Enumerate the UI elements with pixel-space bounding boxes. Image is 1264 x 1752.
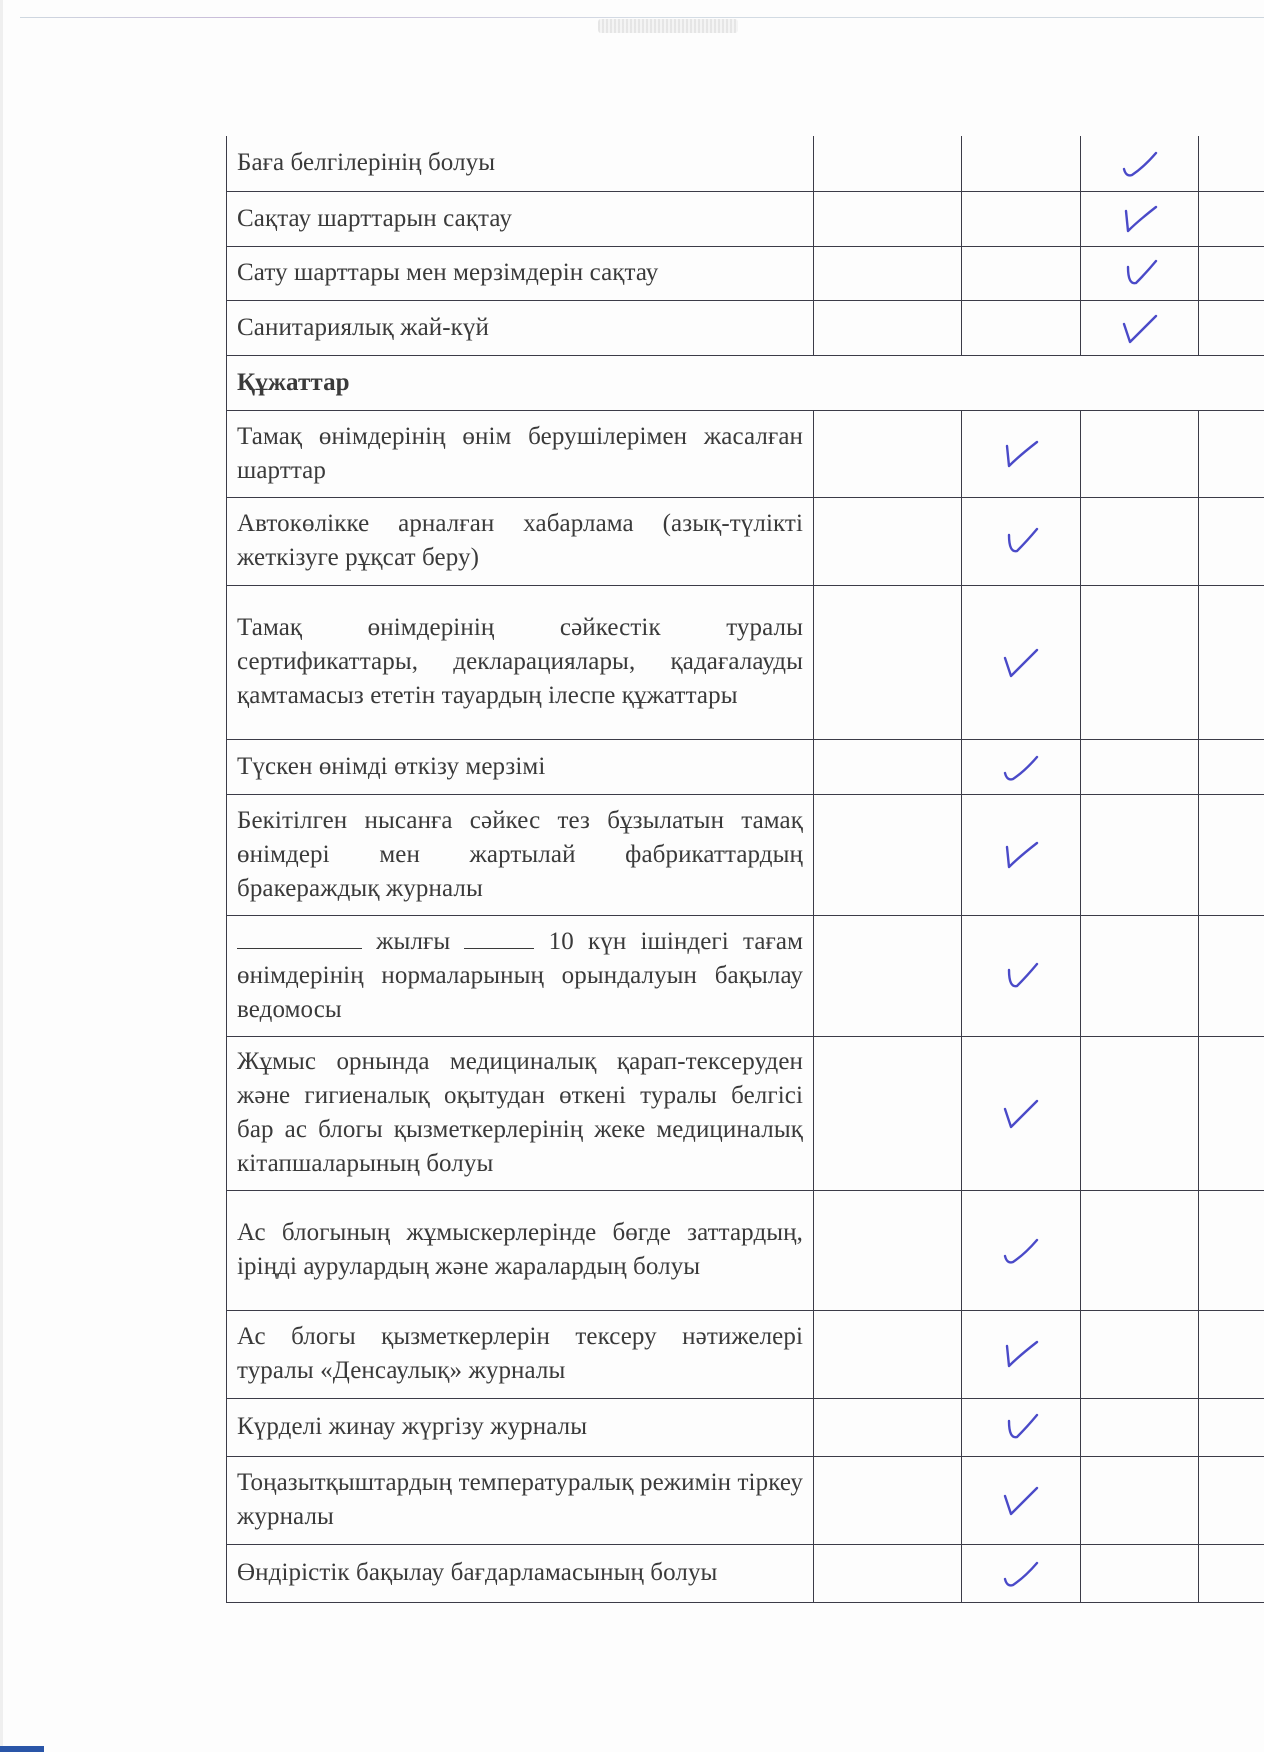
item-label: Өндірістік бақылау бағдарламасының болуы (227, 1544, 814, 1602)
checkmark-icon (997, 523, 1045, 559)
mark-cell-3[interactable] (1081, 794, 1199, 915)
table-row: Күрделі жинау жүргізу журналы (227, 1398, 1264, 1456)
mark-cell-1[interactable] (814, 136, 962, 191)
checkmark-icon (997, 1232, 1045, 1268)
mark-cell-1[interactable] (814, 410, 962, 497)
checklist-body: Баға белгілерінің болуы Сақтау шарттарын… (227, 136, 1264, 1602)
item-label: Сақтау шарттарын сақтау (227, 191, 814, 246)
table-row: Тамақ өнімдерінің өнім берушілерімен жас… (227, 410, 1264, 497)
checkmark-icon (1116, 255, 1164, 291)
table-row: Сату шарттары мен мерзімдерін сақтау (227, 246, 1264, 300)
table-row: Ас блогының жұмыскерлерінде бөгде заттар… (227, 1190, 1264, 1310)
mark-cell-2[interactable] (962, 300, 1081, 355)
mark-cell-3[interactable] (1081, 136, 1199, 191)
mark-cell-1[interactable] (814, 1036, 962, 1190)
mark-cell-3[interactable] (1081, 1544, 1199, 1602)
checkmark-icon (997, 644, 1045, 680)
mark-cell-4[interactable] (1199, 1456, 1264, 1544)
mark-cell-3[interactable] (1081, 1190, 1199, 1310)
mark-cell-4[interactable] (1199, 1544, 1264, 1602)
checkmark-icon (997, 749, 1045, 785)
mark-cell-3[interactable] (1081, 191, 1199, 246)
table-row: Санитариялық жай-күй (227, 300, 1264, 355)
table-row: Автокөлікке арналған хабарлама (азық-түл… (227, 497, 1264, 585)
table-row: Баға белгілерінің болуы (227, 136, 1264, 191)
section-title: Құжаттар (227, 355, 1264, 410)
table-row: Ас блогы қызметкерлерін тексеру нәтижеле… (227, 1310, 1264, 1398)
checkmark-icon (997, 1482, 1045, 1518)
mark-cell-2[interactable] (962, 915, 1081, 1036)
table-row: Тамақ өнімдерінің сәйкестік туралы серти… (227, 585, 1264, 739)
mark-cell-2[interactable] (962, 136, 1081, 191)
mark-cell-3[interactable] (1081, 497, 1199, 585)
checkmark-icon (1116, 310, 1164, 346)
mark-cell-4[interactable] (1199, 246, 1264, 300)
scan-edge-shadow (0, 0, 3, 1752)
table-row: жылғы 10 күн ішіндегі тағам өнімдерінің … (227, 915, 1264, 1036)
mark-cell-4[interactable] (1199, 410, 1264, 497)
mark-cell-1[interactable] (814, 794, 962, 915)
mark-cell-3[interactable] (1081, 1036, 1199, 1190)
mark-cell-3[interactable] (1081, 1456, 1199, 1544)
item-label: Түскен өнімді өткізу мерзімі (227, 739, 814, 794)
mark-cell-3[interactable] (1081, 1310, 1199, 1398)
scan-artifact-line (20, 17, 1264, 18)
mark-cell-1[interactable] (814, 739, 962, 794)
table-row: Сақтау шарттарын сақтау (227, 191, 1264, 246)
mark-cell-1[interactable] (814, 246, 962, 300)
mark-cell-2[interactable] (962, 585, 1081, 739)
item-label: Сату шарттары мен мерзімдерін сақтау (227, 246, 814, 300)
mark-cell-2[interactable] (962, 1310, 1081, 1398)
mark-cell-4[interactable] (1199, 497, 1264, 585)
checklist-table: Баға белгілерінің болуы Сақтау шарттарын… (226, 136, 1264, 1603)
item-label: Тамақ өнімдерінің өнім берушілерімен жас… (227, 410, 814, 497)
mark-cell-4[interactable] (1199, 794, 1264, 915)
mark-cell-2[interactable] (962, 410, 1081, 497)
mark-cell-2[interactable] (962, 1456, 1081, 1544)
checkmark-icon (1116, 201, 1164, 237)
checkmark-icon (997, 436, 1045, 472)
table-row: Бекітілген нысанға сәйкес тез бұзылатын … (227, 794, 1264, 915)
mark-cell-3[interactable] (1081, 585, 1199, 739)
mark-cell-4[interactable] (1199, 585, 1264, 739)
mark-cell-3[interactable] (1081, 410, 1199, 497)
mark-cell-2[interactable] (962, 1398, 1081, 1456)
mark-cell-4[interactable] (1199, 191, 1264, 246)
mark-cell-4[interactable] (1199, 1190, 1264, 1310)
scan-artifact-corner (0, 1746, 44, 1752)
item-label: Санитариялық жай-күй (227, 300, 814, 355)
item-label: Автокөлікке арналған хабарлама (азық-түл… (227, 497, 814, 585)
item-label: Баға белгілерінің болуы (227, 136, 814, 191)
checkmark-icon (997, 1095, 1045, 1131)
checkmark-icon (997, 837, 1045, 873)
checkmark-icon (997, 1336, 1045, 1372)
table-row: Түскен өнімді өткізу мерзімі (227, 739, 1264, 794)
mark-cell-1[interactable] (814, 1310, 962, 1398)
mark-cell-3[interactable] (1081, 246, 1199, 300)
mark-cell-3[interactable] (1081, 1398, 1199, 1456)
mark-cell-3[interactable] (1081, 300, 1199, 355)
mark-cell-2[interactable] (962, 739, 1081, 794)
item-label: Ас блогы қызметкерлерін тексеру нәтижеле… (227, 1310, 814, 1398)
checkmark-icon (1116, 145, 1164, 181)
mark-cell-1[interactable] (814, 300, 962, 355)
mark-cell-2[interactable] (962, 1544, 1081, 1602)
mark-cell-4[interactable] (1199, 915, 1264, 1036)
mark-cell-1[interactable] (814, 915, 962, 1036)
item-label: Тоңазытқыштардың температуралық режимін … (227, 1456, 814, 1544)
mark-cell-2[interactable] (962, 1190, 1081, 1310)
mark-cell-2[interactable] (962, 191, 1081, 246)
checkmark-icon (997, 1409, 1045, 1445)
item-label: Жұмыс орнында медициналық қарап-тексеруд… (227, 1036, 814, 1190)
table-row: Тоңазытқыштардың температуралық режимін … (227, 1456, 1264, 1544)
mark-cell-2[interactable] (962, 246, 1081, 300)
mark-cell-3[interactable] (1081, 739, 1199, 794)
mark-cell-2[interactable] (962, 794, 1081, 915)
mark-cell-1[interactable] (814, 1544, 962, 1602)
year-blank-field[interactable] (237, 926, 362, 949)
checkmark-icon (997, 1555, 1045, 1591)
mark-cell-1[interactable] (814, 1398, 962, 1456)
checkmark-icon (997, 958, 1045, 994)
mark-cell-4[interactable] (1199, 300, 1264, 355)
item-label: Ас блогының жұмыскерлерінде бөгде заттар… (227, 1190, 814, 1310)
item-label: Бекітілген нысанға сәйкес тез бұзылатын … (227, 794, 814, 915)
item-label-with-blanks: жылғы 10 күн ішіндегі тағам өнімдерінің … (227, 915, 814, 1036)
mark-cell-2[interactable] (962, 1036, 1081, 1190)
mark-cell-1[interactable] (814, 1190, 962, 1310)
item-label: Күрделі жинау жүргізу журналы (227, 1398, 814, 1456)
mark-cell-2[interactable] (962, 497, 1081, 585)
table-row: Жұмыс орнында медициналық қарап-тексеруд… (227, 1036, 1264, 1190)
mark-cell-4[interactable] (1199, 136, 1264, 191)
table-row: Өндірістік бақылау бағдарламасының болуы (227, 1544, 1264, 1602)
mark-cell-3[interactable] (1081, 915, 1199, 1036)
mark-cell-1[interactable] (814, 191, 962, 246)
mark-cell-4[interactable] (1199, 1310, 1264, 1398)
item-label: Тамақ өнімдерінің сәйкестік туралы серти… (227, 585, 814, 739)
mark-cell-4[interactable] (1199, 739, 1264, 794)
section-header-row: Құжаттар (227, 355, 1264, 410)
mark-cell-1[interactable] (814, 497, 962, 585)
mark-cell-4[interactable] (1199, 1398, 1264, 1456)
mark-cell-1[interactable] (814, 1456, 962, 1544)
mark-cell-1[interactable] (814, 585, 962, 739)
scan-artifact-smudge (598, 19, 738, 33)
period-blank-field[interactable] (464, 926, 534, 949)
mark-cell-4[interactable] (1199, 1036, 1264, 1190)
